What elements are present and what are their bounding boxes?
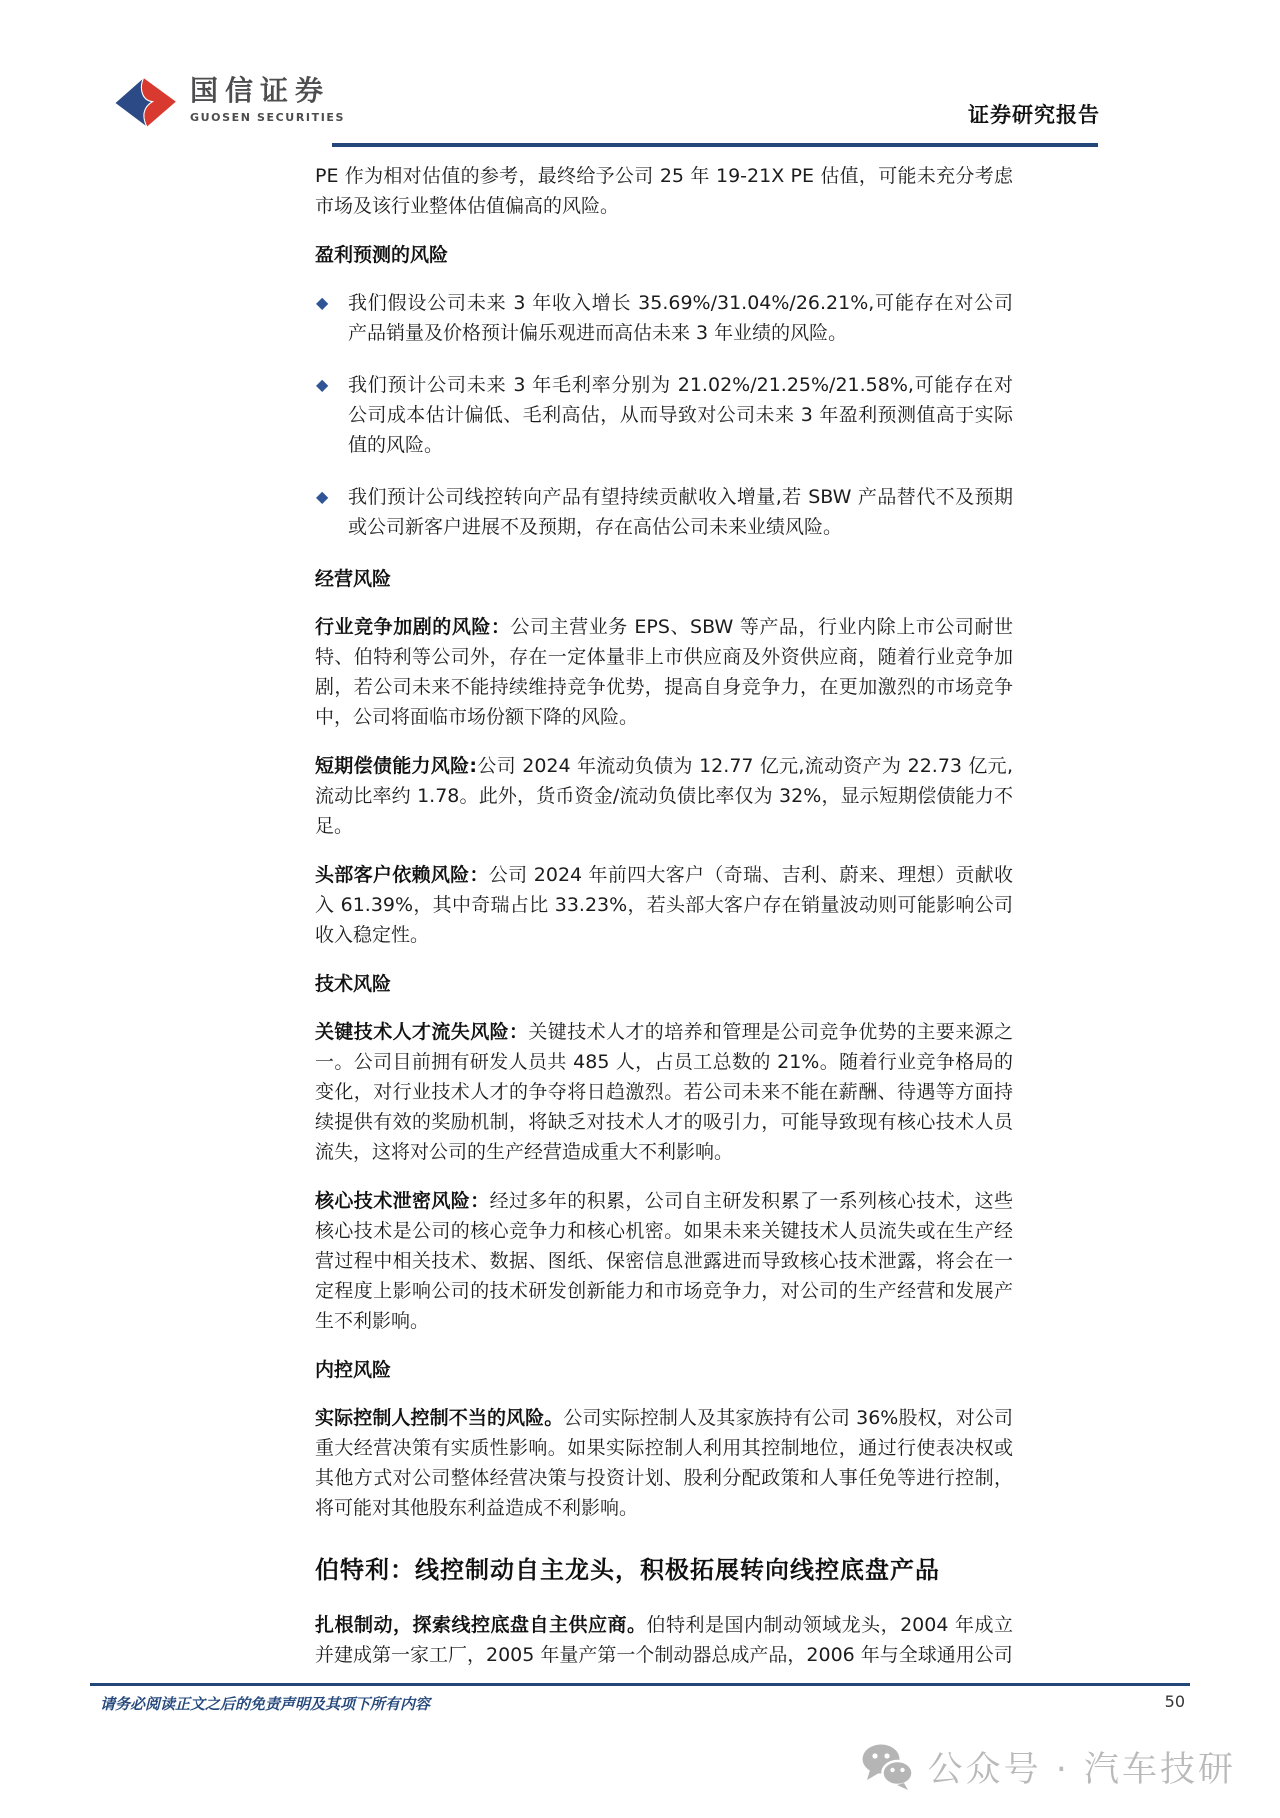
footer-rule — [90, 1683, 1190, 1686]
diamond-bullet-icon: ◆ — [316, 482, 328, 512]
logo-text: 国信证券 GUOSEN SECURITIES — [190, 76, 345, 124]
paragraph-top-customer-risk: 头部客户依赖风险：公司 2024 年前四大客户（奇瑞、吉利、蔚来、理想）贡献收入… — [315, 860, 1013, 950]
report-body: PE 作为相对估值的参考，最终给予公司 25 年 19-21X PE 估值，可能… — [315, 161, 1013, 1689]
guosen-logo-mark-icon — [108, 74, 182, 132]
heading-technology-risk: 技术风险 — [315, 969, 1013, 999]
report-type-label: 证券研究报告 — [968, 99, 1100, 129]
bullet-text: 我们假设公司未来 3 年收入增长 35.69%/31.04%/26.21%,可能… — [348, 292, 1013, 344]
risk-lead: 短期偿债能力风险: — [315, 755, 477, 777]
wechat-icon — [862, 1744, 914, 1790]
bullet-item: ◆ 我们预计公司线控转向产品有望持续贡献收入增量,若 SBW 产品替代不及预期或… — [315, 482, 1013, 542]
bullet-text: 我们预计公司线控转向产品有望持续贡献收入增量,若 SBW 产品替代不及预期或公司… — [348, 486, 1013, 538]
paragraph-pe-valuation: PE 作为相对估值的参考，最终给予公司 25 年 19-21X PE 估值，可能… — [315, 161, 1013, 221]
profit-risk-bullet-list: ◆ 我们假设公司未来 3 年收入增长 35.69%/31.04%/26.21%,… — [315, 288, 1013, 542]
bullet-item: ◆ 我们预计公司未来 3 年毛利率分别为 21.02%/21.25%/21.58… — [315, 370, 1013, 460]
risk-lead: 头部客户依赖风险： — [315, 864, 489, 886]
heading-internal-control-risk: 内控风险 — [315, 1355, 1013, 1385]
diamond-bullet-icon: ◆ — [316, 370, 328, 400]
risk-lead: 行业竞争加剧的风险： — [315, 616, 511, 638]
risk-lead: 关键技术人才流失风险： — [315, 1021, 528, 1043]
paragraph-controller-risk: 实际控制人控制不当的风险。公司实际控制人及其家族持有公司 36%股权，对公司重大… — [315, 1403, 1013, 1523]
paragraph-talent-loss-risk: 关键技术人才流失风险：关键技术人才的培养和管理是公司竞争优势的主要来源之一。公司… — [315, 1017, 1013, 1167]
section-title-bethel: 伯特利：线控制动自主龙头，积极拓展转向线控底盘产品 — [315, 1554, 1013, 1586]
heading-operation-risk: 经营风险 — [315, 564, 1013, 594]
bullet-text: 我们预计公司未来 3 年毛利率分别为 21.02%/21.25%/21.58%,… — [348, 374, 1013, 456]
guosen-logo: 国信证券 GUOSEN SECURITIES — [108, 74, 345, 132]
risk-lead: 核心技术泄密风险： — [315, 1190, 490, 1212]
report-page: 国信证券 GUOSEN SECURITIES 证券研究报告 PE 作为相对估值的… — [0, 0, 1280, 1818]
watermark-text: 公众号 · 汽车技研 — [928, 1742, 1236, 1792]
page-number: 50 — [1165, 1692, 1185, 1711]
diamond-bullet-icon: ◆ — [316, 288, 328, 318]
risk-lead: 扎根制动，探索线控底盘自主供应商。 — [315, 1614, 647, 1636]
logo-text-en: GUOSEN SECURITIES — [190, 111, 345, 124]
paragraph-industry-competition-risk: 行业竞争加剧的风险：公司主营业务 EPS、SBW 等产品，行业内除上市公司耐世特… — [315, 612, 1013, 732]
bullet-item: ◆ 我们假设公司未来 3 年收入增长 35.69%/31.04%/26.21%,… — [315, 288, 1013, 348]
wechat-watermark: 公众号 · 汽车技研 — [862, 1742, 1236, 1792]
footer-disclaimer: 请务必阅读正文之后的免责声明及其项下所有内容 — [100, 1693, 430, 1714]
paragraph-bethel-intro: 扎根制动，探索线控底盘自主供应商。伯特利是国内制动领域龙头，2004 年成立并建… — [315, 1610, 1013, 1670]
logo-text-cn: 国信证券 — [190, 76, 345, 107]
heading-profit-forecast-risk: 盈利预测的风险 — [315, 240, 1013, 270]
risk-lead: 实际控制人控制不当的风险。 — [315, 1407, 563, 1429]
paragraph-solvency-risk: 短期偿债能力风险:公司 2024 年流动负债为 12.77 亿元,流动资产为 2… — [315, 751, 1013, 841]
paragraph-tech-leak-risk: 核心技术泄密风险：经过多年的积累，公司自主研发积累了一系列核心技术，这些核心技术… — [315, 1186, 1013, 1336]
header-rule — [332, 143, 1098, 147]
